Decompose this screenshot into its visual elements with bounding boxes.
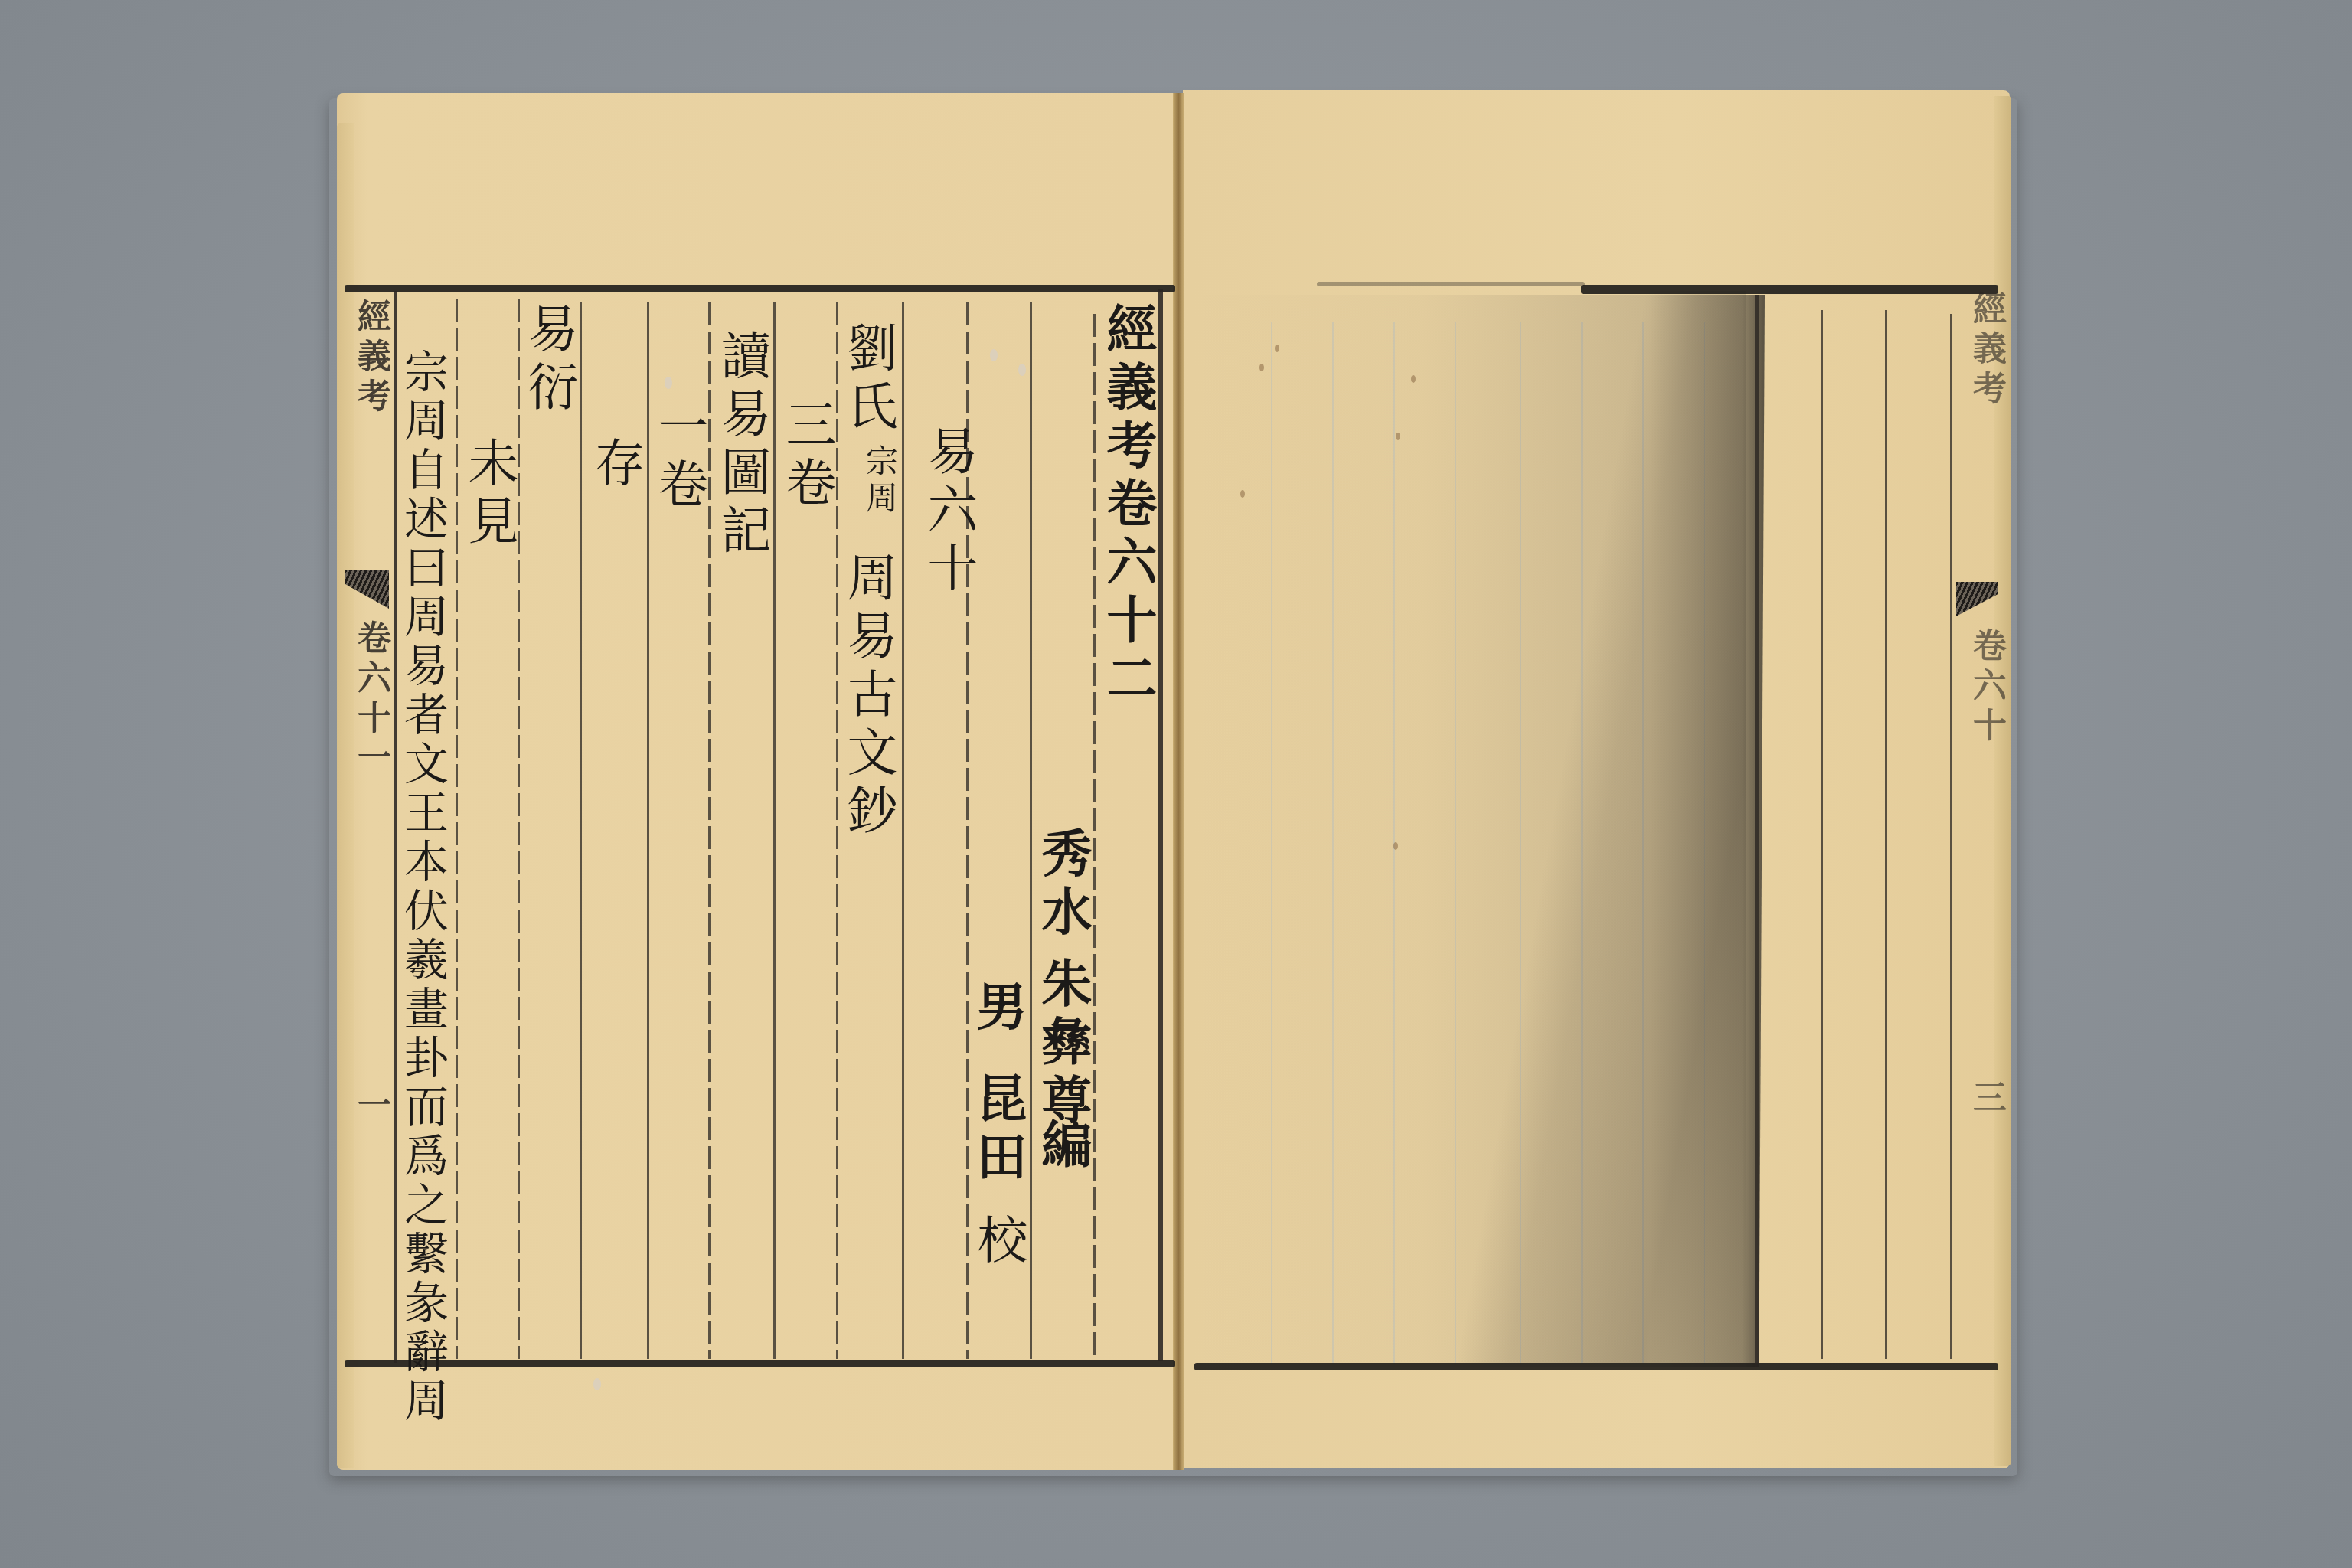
attribution-son-label: 男: [972, 980, 1023, 1038]
paper-fleck: [990, 349, 998, 361]
book-volume-title: 經義考卷六十二: [1098, 302, 1158, 710]
column-rule: [1093, 314, 1096, 1355]
column-rule: [1950, 314, 1952, 1359]
author-name: 劉氏: [842, 322, 893, 438]
work-title-1: 周易古文鈔: [842, 551, 893, 842]
left-page: [337, 93, 1179, 1470]
right-top-frame-rule-faint: [1317, 282, 1585, 286]
ink-offset-streak: [1409, 291, 1746, 1363]
right-top-frame-rule: [1581, 285, 1998, 294]
unseen-status: 未見: [463, 436, 514, 553]
column-rule: [708, 302, 710, 1359]
left-right-border-rule: [1158, 289, 1163, 1361]
commentary-column: 宗周自述曰周易者文王本伏羲畫卦而爲之繫彖辭周: [400, 348, 445, 1426]
right-centerfold-volume: 卷六十: [1962, 628, 2011, 747]
column-rule: [1885, 310, 1887, 1359]
book-gutter: [1173, 93, 1184, 1470]
author-annotation: 宗周: [864, 444, 896, 518]
paper-speck: [1275, 345, 1279, 352]
smudge-edge-rule: [1755, 295, 1759, 1367]
attribution-place: 秀水: [1037, 827, 1088, 943]
volume-count-1: 三卷: [781, 398, 831, 514]
column-rule: [456, 299, 458, 1359]
paper-fleck: [593, 1378, 601, 1390]
work-title-2: 讀易圖記: [716, 329, 766, 562]
right-centerfold-leaf-number: 三: [1962, 1080, 2011, 1119]
extant-status: 存: [590, 436, 640, 495]
column-rule: [902, 302, 904, 1359]
column-rule: [580, 302, 582, 1359]
attribution-proofreader: 昆田: [972, 1072, 1023, 1188]
attribution-editor-role: 編: [1037, 1118, 1088, 1176]
column-rule: [1030, 302, 1032, 1359]
subject-heading: 易六十: [923, 425, 973, 599]
centerfold-title: 經義考: [346, 299, 395, 418]
centerfold-leaf-number: 一: [346, 1087, 395, 1127]
volume-count-2: 一卷: [653, 400, 704, 516]
paper-speck: [1259, 364, 1264, 371]
right-bottom-frame-rule: [1194, 1363, 1998, 1370]
attribution-editor: 朱彝尊: [1037, 957, 1088, 1132]
right-centerfold-title: 經義考: [1962, 291, 2011, 410]
column-rule: [1821, 310, 1823, 1359]
attribution-proofreader-role: 校: [972, 1214, 1023, 1272]
paper-speck: [1411, 375, 1416, 383]
paper-fleck: [665, 377, 672, 389]
work-title-3: 易衍: [523, 302, 573, 419]
paper-speck: [1393, 842, 1398, 850]
paper-speck: [1396, 433, 1400, 440]
centerfold-volume: 卷六十一: [346, 620, 395, 779]
paper-fleck: [1018, 364, 1026, 376]
paper-speck: [1240, 490, 1245, 498]
left-top-frame-rule: [345, 285, 1175, 292]
header-column: 經義考卷六十二: [1102, 302, 1153, 710]
left-bottom-frame-rule: [345, 1360, 1175, 1367]
column-rule: [773, 302, 776, 1359]
